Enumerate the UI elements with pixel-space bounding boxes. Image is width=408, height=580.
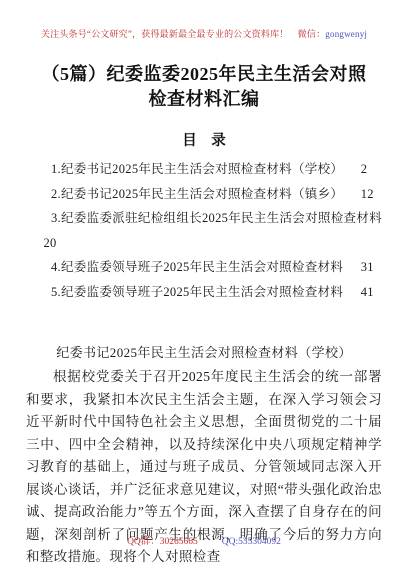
toc-item-label: 2.纪委书记2025年民主生活会对照检查材料（镇乡） [51,187,343,201]
toc-item: 3.纪委监委派驻纪检组组长2025年民主生活会对照检查材料20 [26,206,382,255]
toc-item-page: 41 [361,285,374,299]
footer-qq-group-number: 30265665 [160,537,198,547]
toc-item-label: 3.纪委监委派驻纪检组组长2025年民主生活会对照检查材料 [51,211,382,225]
header-wechat-label: 微信： [288,29,325,39]
footer-qq-label: QQ: [222,537,238,547]
footer-qq-label-number: QQ:535304092 [222,537,281,547]
toc-item-page: 2 [361,162,368,176]
footer-qq-group-label: QQ群： [127,537,160,547]
toc-item: 1.纪委书记2025年民主生活会对照检查材料（学校）2 [26,157,382,182]
document-title-line2: 检查材料汇编 [0,87,408,112]
toc-item-page: 20 [44,236,57,250]
footer-qq-number: 535304092 [238,537,281,547]
document-page: 关注头条号“公文研究”，获得最新最全最专业的公文资料库！ 微信：gongweny… [0,0,408,580]
header-wechat-id: gongwenyj [325,29,367,39]
toc-list: 1.纪委书记2025年民主生活会对照检查材料（学校）22.纪委书记2025年民主… [0,157,408,304]
toc-item: 4.纪委监委领导班子2025年民主生活会对照检查材料31 [26,255,382,280]
document-title-line1: （5篇）纪委监委2025年民主生活会对照 [0,62,408,87]
toc-item-label: 1.纪委书记2025年民主生活会对照检查材料（学校） [51,162,343,176]
toc-item: 5.纪委监委领导班子2025年民主生活会对照检查材料41 [26,280,382,305]
toc-item-page: 12 [361,187,374,201]
header-promo: 关注头条号“公文研究”，获得最新最全最专业的公文资料库！ 微信：gongweny… [0,27,408,40]
section-heading: 纪委书记2025年民主生活会对照检查材料（学校） [0,342,408,361]
toc-item-label: 4.纪委监委领导班子2025年民主生活会对照检查材料 [51,260,343,274]
toc-item-label: 5.纪委监委领导班子2025年民主生活会对照检查材料 [51,285,343,299]
document-title: （5篇）纪委监委2025年民主生活会对照 检查材料汇编 [0,62,408,112]
footer-contacts: QQ群：30265665QQ:535304092 [0,533,408,547]
toc-heading: 目 录 [0,129,408,150]
toc-item-page: 31 [361,260,374,274]
toc-item: 2.纪委书记2025年民主生活会对照检查材料（镇乡）12 [26,182,382,207]
header-promo-text: 关注头条号“公文研究”，获得最新最全最专业的公文资料库！ [41,29,289,39]
